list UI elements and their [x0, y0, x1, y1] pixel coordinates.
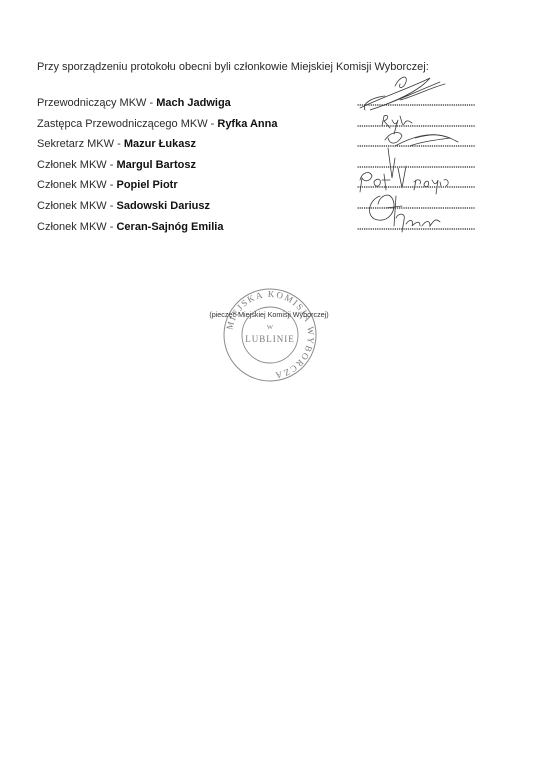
member-name: Ryfka Anna	[217, 118, 277, 130]
member-name: Mach Jadwiga	[156, 97, 231, 109]
signature-line	[357, 207, 475, 209]
member-row: Członek MKW - Popiel Piotr	[37, 178, 487, 199]
signature-line	[357, 125, 475, 127]
member-row: Zastępca Przewodniczącego MKW - Ryfka An…	[37, 117, 487, 138]
signature-line	[357, 166, 475, 168]
member-role: Przewodniczący MKW	[37, 97, 146, 109]
member-role: Sekretarz MKW	[37, 138, 114, 150]
commission-stamp: MIEJSKA KOMISJA WYBORCZA W LUBLINIE	[220, 285, 320, 385]
member-name: Popiel Piotr	[116, 179, 177, 191]
member-name: Mazur Łukasz	[124, 138, 196, 150]
signature-line	[357, 186, 475, 188]
stamp-caption: (pieczęć Miejskiej Komisji Wyborczej)	[199, 310, 339, 319]
member-name: Sadowski Dariusz	[116, 200, 210, 212]
member-role: Członek MKW	[37, 159, 107, 171]
member-role: Członek MKW	[37, 221, 107, 233]
member-role: Zastępca Przewodniczącego MKW	[37, 118, 208, 130]
stamp-center-top: W	[267, 324, 274, 331]
member-row: Członek MKW - Margul Bartosz	[37, 158, 487, 179]
member-row: Przewodniczący MKW - Mach Jadwiga	[37, 96, 487, 117]
member-row: Członek MKW - Ceran-Sajnóg Emilia	[37, 220, 487, 241]
signature-line	[357, 145, 475, 147]
member-name: Ceran-Sajnóg Emilia	[116, 221, 223, 233]
member-role: Członek MKW	[37, 179, 107, 191]
members-list: Przewodniczący MKW - Mach Jadwiga Zastęp…	[37, 96, 487, 240]
separator: -	[117, 138, 124, 150]
member-role: Członek MKW	[37, 200, 107, 212]
member-row: Sekretarz MKW - Mazur Łukasz	[37, 137, 487, 158]
signature-line	[357, 104, 475, 106]
stamp-center-bottom: LUBLINIE	[245, 334, 295, 344]
member-row: Członek MKW - Sadowski Dariusz	[37, 199, 487, 220]
intro-text: Przy sporządzeniu protokołu obecni byli …	[37, 61, 429, 73]
member-name: Margul Bartosz	[116, 159, 195, 171]
signature-line	[357, 228, 475, 230]
